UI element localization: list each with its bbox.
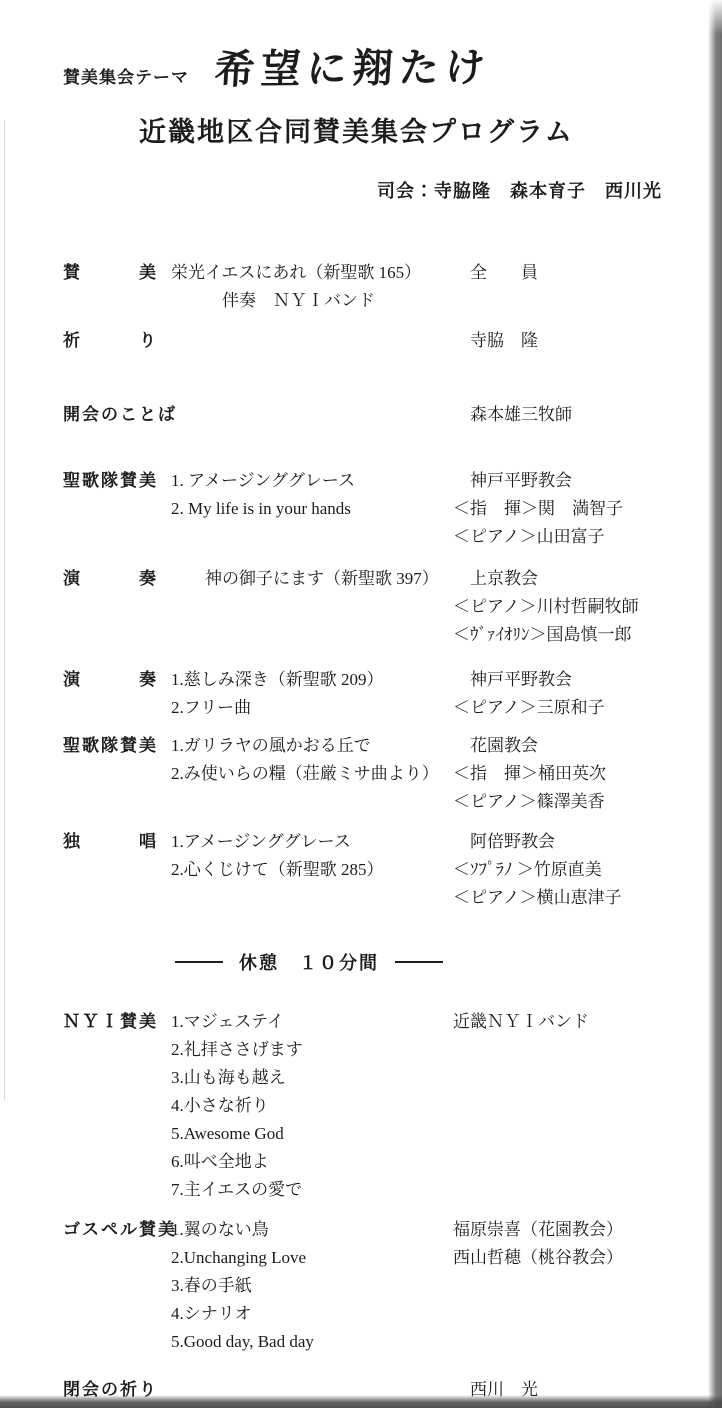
program-row-label: ゴスペル賛美 (63, 1216, 171, 1244)
program-item: 神の御子にます（新聖歌 397） (171, 565, 453, 593)
program-row-performers: 上京教会＜ピアノ＞川村哲嗣牧師＜ｳﾞｧｲｵﾘﾝ＞国島慎一郎 (453, 565, 662, 649)
performer-line: 神戸平野教会 (453, 666, 662, 694)
program-row-performers: 全 員 (453, 259, 662, 287)
program-row: 聖歌隊賛美1.ガリラヤの風かおる丘で2.み使いらの糧（荘厳ミサ曲より） 花園教会… (63, 732, 662, 816)
program-item: 2. My life is in your hands (171, 495, 453, 523)
emcee-line: 司会：寺脇隆 森本育子 西川光 (63, 177, 662, 203)
program-row-performers: 神戸平野教会＜指 揮＞関 満智子＜ピアノ＞山田富子 (453, 467, 662, 551)
program-row-performers: 福原崇喜（花園教会）西山哲穂（桃谷教会） (453, 1216, 662, 1272)
performer-line: 寺脇 隆 (453, 327, 662, 355)
program-row-items: 1.翼のない鳥2.Unchanging Love3.春の手紙4.シナリオ5.Go… (171, 1216, 453, 1356)
program-item: 1.慈しみ深き（新聖歌 209） (171, 666, 453, 694)
program-row-label: 祈 り (63, 327, 171, 355)
program-row-label: ＮＹＩ賛美 (63, 1008, 171, 1036)
performer-line: 上京教会 (453, 565, 662, 593)
performer-line: 福原崇喜（花園教会） (453, 1216, 662, 1244)
performer-line: 森本雄三牧師 (453, 401, 662, 429)
program-item: 2.心くじけて（新聖歌 285） (171, 856, 453, 884)
program-item: 2.み使いらの糧（荘厳ミサ曲より） (171, 760, 453, 788)
program-row-performers: 神戸平野教会＜ピアノ＞三原和子 (453, 666, 662, 722)
program-item: 伴奏 ＮＹＩバンド (171, 287, 453, 315)
theme-calligraphy-title: 希望に翔たけ (213, 36, 493, 95)
theme-label: 賛美集会テーマ (63, 63, 189, 94)
program-row-performers: 寺脇 隆 (453, 327, 662, 355)
performer-line: ＜指 揮＞関 満智子 (453, 495, 662, 523)
program-row-label: 開会のことば (63, 401, 171, 429)
performer-line: 阿倍野教会 (453, 828, 662, 856)
program-row-items: 1.ガリラヤの風かおる丘で2.み使いらの糧（荘厳ミサ曲より） (171, 732, 453, 788)
performer-line: ＜ピアノ＞山田富子 (453, 523, 662, 551)
program-item: 1.ガリラヤの風かおる丘で (171, 732, 453, 760)
program-row-label: 聖歌隊賛美 (63, 467, 171, 495)
program-row-label: 聖歌隊賛美 (63, 732, 171, 760)
scan-edge-left (4, 120, 5, 1100)
intermission-dash-left (175, 961, 223, 963)
program-row-label: 賛 美 (63, 259, 171, 287)
page-title: 近畿地区合同賛美集会プログラム (139, 110, 662, 149)
program-row-items: 1.マジェステイ2.礼拝ささげます3.山も海も越え4.小さな祈り5.Awesom… (171, 1008, 453, 1204)
program-item: 5.Good day, Bad day (171, 1328, 453, 1356)
program-row-label: 演 奏 (63, 666, 171, 694)
program-item: 1.アメージンググレース (171, 828, 453, 856)
performer-line: ＜ｿﾌﾟﾗﾉ ＞竹原直美 (453, 856, 662, 884)
program-item: 3.春の手紙 (171, 1272, 453, 1300)
performer-line: ＜指 揮＞桶田英次 (453, 760, 662, 788)
performer-line: 神戸平野教会 (453, 467, 662, 495)
program-row: 祈 り 寺脇 隆 (63, 327, 662, 355)
program-item: 栄光イエスにあれ（新聖歌 165） (171, 259, 453, 287)
performer-line: 西山哲穂（桃谷教会） (453, 1244, 662, 1272)
program-item: 2.フリー曲 (171, 694, 453, 722)
program-row: 演 奏 神の御子にます（新聖歌 397） 上京教会＜ピアノ＞川村哲嗣牧師＜ｳﾞｧ… (63, 565, 662, 649)
program-row: 聖歌隊賛美1. アメージンググレース2. My life is in your … (63, 467, 662, 551)
program-item: 4.シナリオ (171, 1300, 453, 1328)
scan-edge-bottom (0, 1395, 722, 1408)
program-row: 演 奏1.慈しみ深き（新聖歌 209）2.フリー曲 神戸平野教会＜ピアノ＞三原和… (63, 666, 662, 722)
program-item: 5.Awesome God (171, 1120, 453, 1148)
program-item: 2.礼拝ささげます (171, 1036, 453, 1064)
program-row-items: 栄光イエスにあれ（新聖歌 165） 伴奏 ＮＹＩバンド (171, 259, 453, 315)
program-row-label: 独 唱 (63, 828, 171, 856)
program-item: 6.叫べ全地よ (171, 1148, 453, 1176)
program-row: ゴスペル賛美1.翼のない鳥2.Unchanging Love3.春の手紙4.シナ… (63, 1216, 662, 1356)
program-row-items: 1.慈しみ深き（新聖歌 209）2.フリー曲 (171, 666, 453, 722)
performer-line: ＜ピアノ＞三原和子 (453, 694, 662, 722)
program-row-items: 1.アメージンググレース2.心くじけて（新聖歌 285） (171, 828, 453, 884)
program-item: 7.主イエスの愛で (171, 1176, 453, 1204)
performer-line: ＜ｳﾞｧｲｵﾘﾝ＞国島慎一郎 (453, 621, 662, 649)
program-list: 賛 美栄光イエスにあれ（新聖歌 165） 伴奏 ＮＹＩバンド 全 員祈 り 寺脇… (63, 259, 662, 1404)
program-row-label: 演 奏 (63, 565, 171, 593)
program-row-items: 神の御子にます（新聖歌 397） (171, 565, 453, 593)
program-row: 独 唱1.アメージンググレース2.心くじけて（新聖歌 285） 阿倍野教会＜ｿﾌ… (63, 828, 662, 912)
program-item: 3.山も海も越え (171, 1064, 453, 1092)
intermission-line: 休憩 １０分間 (175, 948, 662, 976)
program-row-items: 1. アメージンググレース2. My life is in your hands (171, 467, 453, 523)
program-item: 1.マジェステイ (171, 1008, 453, 1036)
theme-line: 賛美集会テーマ 希望に翔たけ (63, 42, 662, 94)
program-row: 開会のことば 森本雄三牧師 (63, 401, 662, 429)
performer-line: 全 員 (453, 259, 662, 287)
program-row: 賛 美栄光イエスにあれ（新聖歌 165） 伴奏 ＮＹＩバンド 全 員 (63, 259, 662, 315)
program-row-performers: 近畿ＮＹＩバンド (453, 1008, 662, 1036)
program-item: 2.Unchanging Love (171, 1244, 453, 1272)
program-item: 4.小さな祈り (171, 1092, 453, 1120)
performer-line: ＜ピアノ＞川村哲嗣牧師 (453, 593, 662, 621)
scanned-program-page: 賛美集会テーマ 希望に翔たけ 近畿地区合同賛美集会プログラム 司会：寺脇隆 森本… (0, 0, 722, 1408)
intermission-text: 休憩 １０分間 (239, 949, 379, 975)
performer-line: 花園教会 (453, 732, 662, 760)
performer-line: 近畿ＮＹＩバンド (453, 1008, 662, 1036)
performer-line: ＜ピアノ＞横山恵津子 (453, 884, 662, 912)
program-row-performers: 森本雄三牧師 (453, 401, 662, 429)
program-item: 1.翼のない鳥 (171, 1216, 453, 1244)
program-row-performers: 花園教会＜指 揮＞桶田英次＜ピアノ＞篠澤美香 (453, 732, 662, 816)
scan-edge-right (708, 0, 722, 1408)
program-row: ＮＹＩ賛美1.マジェステイ2.礼拝ささげます3.山も海も越え4.小さな祈り5.A… (63, 1008, 662, 1204)
intermission-dash-right (395, 961, 443, 963)
program-item: 1. アメージンググレース (171, 467, 453, 495)
performer-line: ＜ピアノ＞篠澤美香 (453, 788, 662, 816)
program-row-performers: 阿倍野教会＜ｿﾌﾟﾗﾉ ＞竹原直美＜ピアノ＞横山恵津子 (453, 828, 662, 912)
